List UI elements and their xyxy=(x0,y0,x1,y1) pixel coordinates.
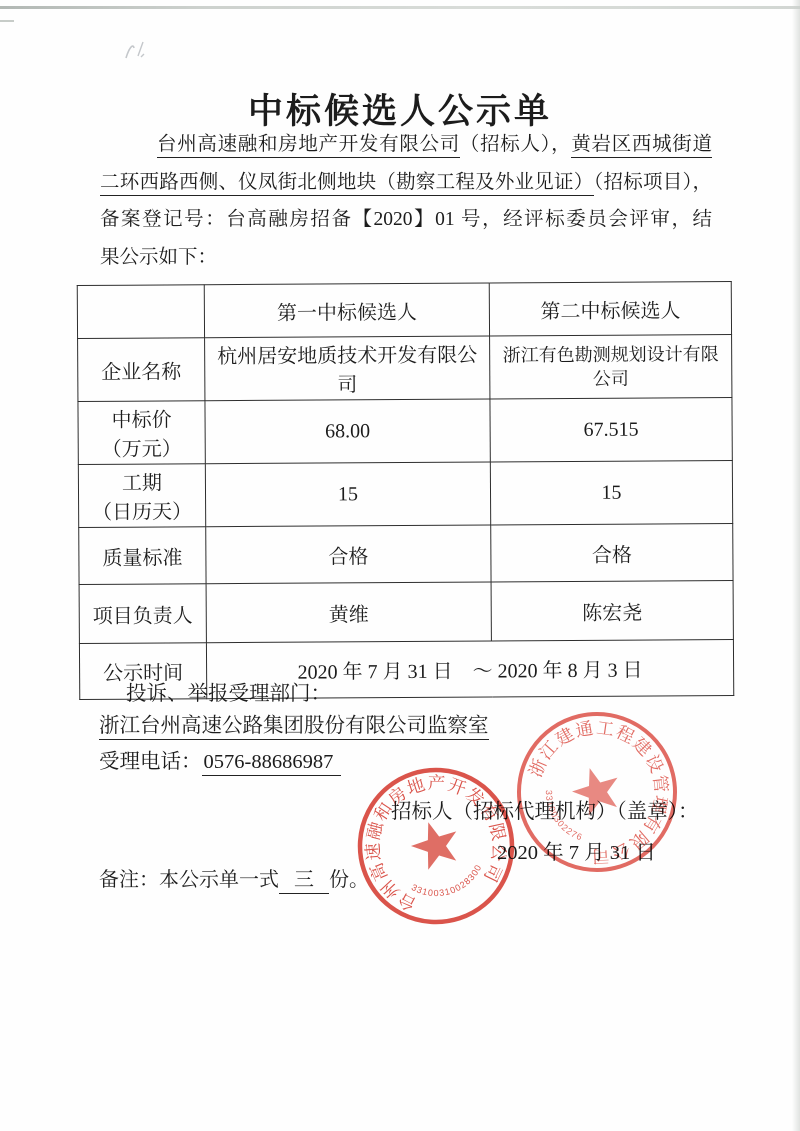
company-first: 杭州居安地质技术开发有限公司 xyxy=(205,336,490,401)
note-prefix: 备注：本公示单一式 xyxy=(99,869,279,891)
seal-serial-number: 33100310028300 xyxy=(408,860,489,907)
candidates-table-wrapper: 第一中标候选人 第二中标候选人 企业名称 杭州居安地质技术开发有限公司 浙江有色… xyxy=(77,281,736,700)
table-row-company: 企业名称 杭州居安地质技术开发有限公司 浙江有色勘测规划设计有限公司 xyxy=(78,335,732,402)
note-copies: 三 xyxy=(279,863,329,894)
svg-text:33100310028300: 33100310028300 xyxy=(408,860,489,907)
note-line: 备注：本公示单一式三份。 xyxy=(99,863,369,894)
table-row-price: 中标价 （万元） 68.00 67.515 xyxy=(78,398,732,465)
candidates-table: 第一中标候选人 第二中标候选人 企业名称 杭州居安地质技术开发有限公司 浙江有色… xyxy=(77,281,735,700)
row-label: 项目负责人 xyxy=(79,584,206,644)
project-name-part2: 二环西路西侧、仪凤街北侧地块（勘察工程及外业见证） xyxy=(100,172,594,196)
company-second: 浙江有色勘测规划设计有限公司 xyxy=(490,335,732,399)
complaint-phone-line: 受理电话：0576-88686987 xyxy=(99,744,341,774)
row-label: 中标价 （万元） xyxy=(78,401,205,465)
intro-line-1: 台州高速融和房地产开发有限公司（招标人），黄岩区西城街道 xyxy=(100,126,712,164)
bidder-name: 台州高速融和房地产开发有限公司 xyxy=(157,134,460,158)
svg-text:33100302276: 33100302276 xyxy=(535,785,587,848)
intro-paragraph: 台州高速融和房地产开发有限公司（招标人），黄岩区西城街道 二环西路西侧、仪凤街北… xyxy=(100,126,712,276)
pencil-mark xyxy=(120,36,154,64)
manager-second: 陈宏尧 xyxy=(491,581,733,641)
seal-star-icon xyxy=(567,758,631,823)
row-label: 工期 （日历天） xyxy=(78,464,205,528)
price-first: 68.00 xyxy=(205,399,490,464)
duration-second: 15 xyxy=(490,461,732,525)
scan-edge-top xyxy=(0,6,800,9)
header-first-candidate: 第一中标候选人 xyxy=(204,283,489,338)
project-name-part1: 黄岩区西城街道 xyxy=(571,134,712,158)
bidder-role: （招标人）， xyxy=(460,134,571,155)
manager-first: 黄维 xyxy=(206,582,491,643)
quality-second: 合格 xyxy=(491,524,733,582)
complaint-department: 浙江台州高速公路集团股份有限公司监察室 xyxy=(99,708,489,738)
price-second: 67.515 xyxy=(490,398,732,462)
scan-edge-corner xyxy=(0,20,14,22)
table-header-row: 第一中标候选人 第二中标候选人 xyxy=(77,282,731,339)
intro-line-4: 果公示如下： xyxy=(100,239,712,277)
seal-star-icon xyxy=(406,815,465,873)
seal-serial-number: 33100302276 xyxy=(535,785,587,848)
project-tag: （招标项目）， xyxy=(594,172,712,193)
phone-label: 受理电话： xyxy=(99,751,202,773)
complaint-heading: 投诉、举报受理部门： xyxy=(126,676,331,706)
table-row-duration: 工期 （日历天） 15 15 xyxy=(78,461,732,528)
intro-line-3: 备案登记号：台高融房招备【2020】01 号，经评标委员会评审，结 xyxy=(100,201,712,239)
phone-number: 0576-88686987 xyxy=(202,751,342,776)
complaint-department-text: 浙江台州高速公路集团股份有限公司监察室 xyxy=(99,715,489,740)
quality-first: 合格 xyxy=(206,525,491,584)
table-row-manager: 项目负责人 黄维 陈宏尧 xyxy=(79,581,733,644)
table-row-quality: 质量标准 合格 合格 xyxy=(79,524,733,585)
header-empty-cell xyxy=(77,285,204,339)
row-label: 企业名称 xyxy=(78,338,205,402)
scanned-document-page: 中标候选人公示单 台州高速融和房地产开发有限公司（招标人），黄岩区西城街道 二环… xyxy=(0,0,800,1131)
scan-edge-right xyxy=(792,0,800,1131)
duration-first: 15 xyxy=(205,462,490,527)
header-second-candidate: 第二中标候选人 xyxy=(489,282,731,336)
intro-line-2: 二环西路西侧、仪凤街北侧地块（勘察工程及外业见证）（招标项目）， xyxy=(100,164,712,202)
row-label: 质量标准 xyxy=(79,527,206,585)
